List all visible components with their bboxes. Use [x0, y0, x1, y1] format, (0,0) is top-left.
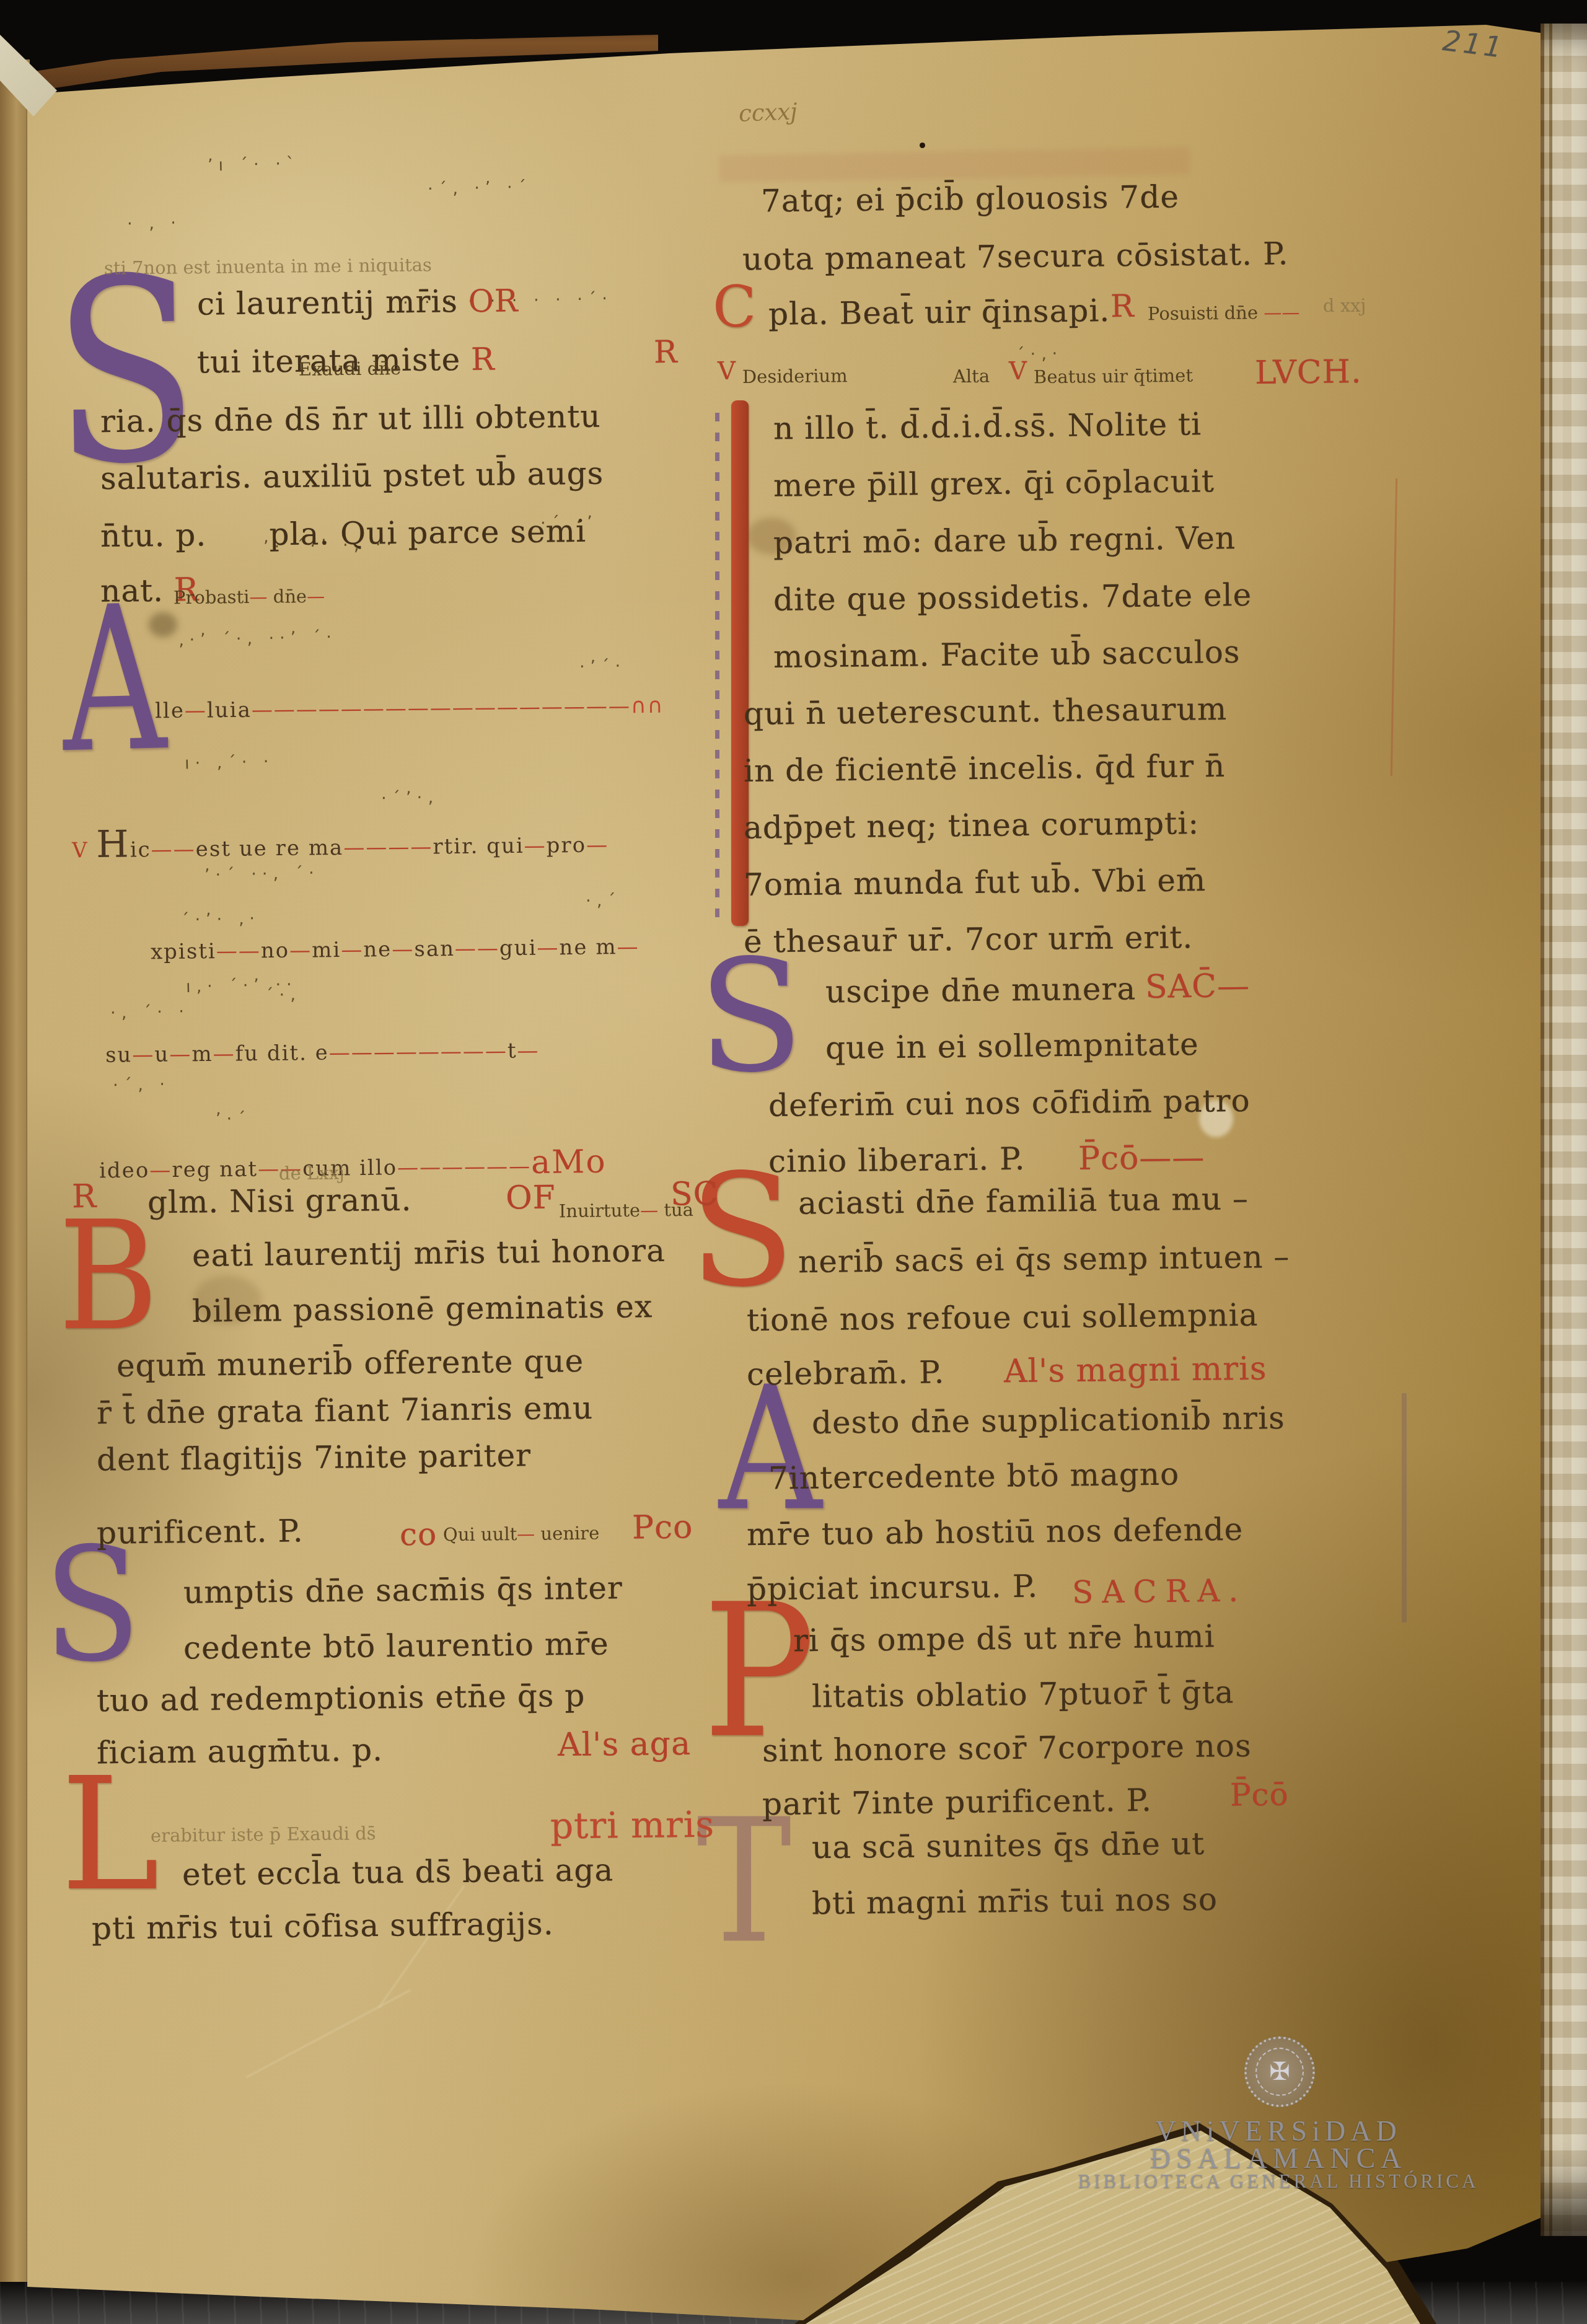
rubric-pco: Pco — [632, 1510, 693, 1545]
rubric-pco: P̄cō—— — [1078, 1141, 1205, 1176]
text-segment: — — [586, 832, 609, 857]
text-segment: sint honore scor̄ 7corpore nos — [762, 1728, 1252, 1769]
text-line: etet eccl̄a tua ds̄ beati aga — [182, 1854, 614, 1891]
text-line: pti mr̄is tui cōfisa suffragijs. — [92, 1908, 554, 1945]
text-segment: — — [185, 698, 207, 723]
text-segment: patri mō: dare ub̄ regni. Ven — [773, 520, 1236, 561]
text-segment: r̄ t̄ dn̄e grata fiant 7ianris emu — [97, 1390, 594, 1431]
text-line: qui n̄ ueterescunt. thesaurum — [744, 693, 1228, 731]
text-segment: SC — [670, 1176, 719, 1213]
text-segment: mosinam. Facite ub̄ sacculos — [773, 634, 1241, 675]
text-segment: xpisti — [151, 939, 216, 964]
text-segment: in de ficientē incelis. q̄d fur n̄ — [744, 748, 1226, 789]
text-line: ficiam augm̄tu. p. — [97, 1734, 384, 1769]
initial-s-purple: S — [52, 273, 200, 473]
text-segment: parit 7inte purificent. P. — [762, 1782, 1153, 1823]
initial-a-purple: A — [62, 602, 167, 760]
text-segment: OR — [468, 283, 519, 319]
text-segment: R — [1110, 288, 1135, 324]
text-line: celebram̄. P. — [747, 1356, 945, 1391]
text-line: tuo ad redemptionis etn̄e q̄s p — [97, 1679, 586, 1717]
text-segment: n illo t̄. d̄.d̄.i.d̄.ss̄. Nolite ti — [773, 406, 1202, 446]
chant-ideo-line: ideo—reg nat——cum illo——————aMo — [99, 1145, 607, 1184]
text-segment: de Lxxj — [279, 1162, 345, 1184]
text-segment: ptri mris — [550, 1803, 715, 1847]
initial-s-purple: S — [43, 1544, 141, 1666]
text-segment: — — [289, 938, 312, 962]
alleluia-line: lle—luia—————————————————∩∩ — [155, 695, 664, 723]
text-segment: P̄cō — [1230, 1777, 1289, 1813]
text-line: tionē nos refoue cui sollempnia — [747, 1299, 1259, 1337]
chant-suum-line: su—u—m—fu dit. e————————t— — [105, 1040, 540, 1067]
rubric-ptri-mris: ptri mris — [550, 1806, 715, 1846]
text-line: in de ficientē incelis. q̄d fur n̄ — [744, 750, 1226, 788]
text-segment: bti magni mr̄is tui nos so — [812, 1882, 1218, 1922]
text-line: parit 7inte purificent. P. — [762, 1784, 1152, 1821]
text-segment: mr̄e tuo ab hostiū nos defende — [747, 1512, 1244, 1552]
text-segment: Alta — [953, 366, 990, 387]
text-segment: —— — [1258, 302, 1300, 324]
text-line: patri mō: dare ub̄ regni. Ven — [773, 522, 1236, 559]
neume-row: ˊ·ʼ· ‚· — [181, 909, 261, 930]
text-segment: Al's magni mris — [1004, 1350, 1267, 1390]
text-line: deferim̄ cui nos cōfidim̄ patro — [768, 1085, 1251, 1122]
text-segment: co — [400, 1516, 437, 1553]
text-segment: desto dn̄e supplicationib̄ nris — [812, 1400, 1285, 1441]
text-line: 7intercedente btō magno — [768, 1458, 1180, 1495]
text-segment: — — [537, 935, 559, 960]
text-segment: Probasti — [174, 586, 250, 608]
text-line: 7omia munda fut ub̄. Vbi em̄ — [744, 864, 1207, 901]
rubric-pco: P̄cō — [1230, 1779, 1289, 1811]
chant-xpisti-line: xpisti——no—mi—ne—san——gui—ne m— — [151, 936, 640, 964]
text-segment: R — [72, 1178, 97, 1215]
text-line: sint honore scor̄ 7corpore nos — [762, 1730, 1252, 1767]
text-line: ria. q̄s dn̄e ds̄ n̄r ut illi obtentu — [100, 400, 601, 438]
text-segment: erabitur iste p̄ Exaudi ds̄ — [151, 1823, 376, 1846]
rubric-sac: SAC̄— — [1145, 969, 1251, 1004]
neume-row: ·ˊʼ·‚ — [381, 788, 439, 808]
text-segment: uscipe dn̄e munera — [825, 971, 1136, 1010]
text-segment: mere p̄ill grex. q̄i cōplacuit — [773, 463, 1215, 503]
text-line: ē thesaur̄ ur̄. 7cor urm̄ erit. — [744, 921, 1194, 958]
text-segment: Exaudi dn̄e — [299, 358, 401, 380]
text-segment: m — [191, 1042, 213, 1067]
text-line: ci laurentij mr̄is OR — [197, 284, 519, 320]
rubric-r: R — [72, 1180, 97, 1214]
incipit-quiuult: Qui uult— uenire — [443, 1524, 600, 1544]
initial-i-red-bar: I — [731, 400, 749, 926]
text-segment: Al's aga — [558, 1725, 692, 1764]
neume-row: ·‚ˊ — [586, 891, 622, 910]
text-segment: mi — [312, 938, 341, 962]
text-segment: qui n̄ ueterescunt. thesaurum — [744, 691, 1228, 732]
text-line: purificent. P. — [97, 1515, 304, 1549]
initial-i-filigree — [715, 409, 719, 917]
text-segment: — — [132, 1042, 154, 1067]
text-segment: lle — [155, 698, 185, 723]
text-segment: Posuisti dn̄e — [1148, 302, 1258, 324]
margin-note-faded: d xxj — [1323, 296, 1366, 315]
text-segment: gui — [499, 936, 537, 961]
text-line: cedente btō laurentio mr̄e — [183, 1627, 609, 1665]
text-segment: celebram̄. P. — [747, 1354, 945, 1392]
text-segment: — — [392, 937, 414, 962]
manuscript-photo: 211 ccxxj S A B S L C I S S A P T ʼı ˊ· … — [0, 0, 1587, 2324]
text-segment: ua scā sunites q̄s dn̄e ut — [812, 1826, 1205, 1866]
text-segment: eati laurentij mr̄is tui honora — [192, 1233, 666, 1274]
text-segment: dite que possidetis. 7date ele — [773, 577, 1252, 618]
text-segment: adp̄pet neq; tinea corumpti: — [744, 805, 1200, 846]
text-segment: — — [640, 1199, 658, 1220]
text-line: litatis oblatio 7ptuor̄ t̄ ḡta — [812, 1676, 1234, 1713]
rubric-als-magni: Al's magni mris — [1004, 1352, 1267, 1389]
text-segment: dent flagitijs 7inite pariter — [97, 1437, 532, 1477]
text-line: adp̄pet neq; tinea corumpti: — [744, 807, 1200, 844]
rubric-r: R — [1110, 290, 1135, 323]
ink-hole — [920, 143, 925, 148]
text-segment: reg nat — [172, 1157, 258, 1182]
text-line: aciasti dn̄e familiā tua mu – — [798, 1182, 1249, 1220]
text-segment: — — [617, 935, 639, 959]
text-line: cinio liberari. P. — [768, 1143, 1026, 1178]
text-segment: — — [169, 1042, 191, 1067]
text-segment: nat. — [100, 573, 175, 609]
text-segment: Beatus uir q̄timet — [1034, 365, 1193, 388]
text-segment: R — [471, 341, 495, 377]
library-seal-icon: ✠ — [1244, 2036, 1315, 2107]
text-line: equm̄ munerib̄ offerente que — [116, 1345, 584, 1382]
incipit-beatus-uir: Beatus uir q̄timet — [1034, 366, 1193, 387]
text-line: n illo t̄. d̄.d̄.i.d̄.ss̄. Nolite ti — [773, 408, 1202, 445]
text-segment: n̄tu. p. pla. Qui parce semi — [100, 513, 587, 554]
text-segment: SACRA. — [1072, 1573, 1247, 1611]
text-segment: su — [105, 1042, 133, 1067]
text-segment: uenire — [535, 1523, 599, 1544]
text-segment: litatis oblatio 7ptuor̄ t̄ ḡta — [812, 1674, 1234, 1714]
initial-a-purple: A — [719, 1383, 822, 1516]
text-line: pla. Beat̄ uir q̄insapi. — [768, 294, 1110, 330]
text-segment: ic — [130, 837, 151, 862]
interlinear-note: de Lxxj — [279, 1163, 345, 1183]
book-gutter — [0, 59, 30, 2303]
text-segment: — — [213, 1041, 235, 1066]
text-line: uscipe dn̄e munera — [825, 972, 1136, 1008]
text-segment: tuo ad redemptionis etn̄e q̄s p — [97, 1678, 586, 1719]
text-line: glm. Nisi granū. — [147, 1184, 412, 1219]
incipit-alta: Alta — [953, 367, 990, 386]
text-segment: deferim̄ cui nos cōfidim̄ patro — [768, 1083, 1251, 1124]
text-segment: bilem passionē geminatis ex — [192, 1288, 653, 1329]
neume-row: ·ʼˊ· — [579, 656, 626, 677]
neume-row: ˊ·‚ — [265, 985, 301, 1005]
text-segment: cedente btō laurentio mr̄e — [183, 1626, 609, 1666]
text-line: umptis dn̄e sacm̄is q̄s inter — [183, 1572, 623, 1609]
rubric-luch: LVCH. — [1255, 355, 1362, 390]
text-line: dite que possidetis. 7date ele — [773, 579, 1252, 617]
text-segment: 7intercedente btō magno — [768, 1456, 1180, 1497]
text-segment: ———— — [343, 834, 433, 860]
text-line: mere p̄ill grex. q̄i cōplacuit — [773, 465, 1215, 502]
neume-row: ʼ·ˊ — [216, 1109, 252, 1129]
text-segment: nerib̄ sacs̄ ei q̄s semp intuen – — [798, 1239, 1290, 1280]
text-line: dent flagitijs 7inite pariter — [97, 1439, 532, 1476]
folio-number-roman: ccxxj — [738, 98, 798, 126]
initial-b-red: B — [58, 1218, 159, 1336]
rubric-of: OF — [506, 1181, 556, 1215]
verse-hic-line: V Hic——est ue re ma————rtir. qui—pro— — [72, 820, 609, 865]
text-segment: ———————— — [329, 1039, 508, 1065]
text-line: 7atq; ei p̄cib̄ glouosis 7de — [761, 180, 1179, 218]
text-line: eati laurentij mr̄is tui honora — [192, 1235, 666, 1272]
library-seal-inner: ✠ — [1255, 2048, 1304, 2096]
text-segment: — — [524, 834, 547, 858]
text-line: mosinam. Facite ub̄ sacculos — [773, 636, 1241, 673]
text-segment: equm̄ munerib̄ offerente que — [116, 1343, 584, 1384]
text-segment: 7atq; ei p̄cib̄ glouosis 7de — [761, 178, 1179, 219]
text-segment: —————— — [397, 1154, 531, 1180]
initial-s-purple: S — [698, 956, 804, 1076]
text-line: salutaris. auxiliū pstet ub̄ augs — [100, 457, 604, 495]
text-line: n̄tu. p. pla. Qui parce semi — [100, 515, 587, 553]
neume-row: ı· ‚ˊ· · — [185, 752, 275, 773]
text-segment: Inuirtute — [559, 1200, 640, 1221]
text-segment: R — [654, 334, 678, 370]
text-segment: — — [249, 586, 267, 607]
incipit-probasti: Probasti— dn̄e— — [174, 587, 325, 607]
text-line: p̄piciat incursu. P. — [747, 1570, 1039, 1606]
rubric-v: V — [718, 358, 736, 384]
neume-row: ‚·ʼ ˊ·‚ ··ʼ ˊ· — [178, 627, 338, 649]
text-segment: — — [149, 1158, 172, 1182]
text-segment: dn̄e — [267, 586, 307, 607]
text-segment: ne m — [559, 935, 617, 960]
rubric-v: V — [1009, 358, 1027, 384]
text-segment: —— — [216, 938, 261, 964]
text-segment: ∩∩ — [631, 693, 664, 719]
incipit-posuisti: Posuisti dn̄e —— — [1148, 303, 1300, 324]
text-line: mr̄e tuo ab hostiū nos defende — [747, 1513, 1244, 1551]
rubric-als-aga: Al's aga — [558, 1727, 692, 1763]
text-segment: V — [1009, 357, 1027, 385]
text-segment: Qui uult — [443, 1523, 517, 1545]
text-segment: SAC̄— — [1145, 967, 1251, 1006]
text-segment: ri q̄s ompe ds̄ ut nr̄e humi — [793, 1618, 1215, 1658]
text-segment: — — [341, 938, 363, 962]
text-segment: p̄piciat incursu. P. — [747, 1569, 1039, 1608]
text-segment: no — [261, 938, 290, 963]
text-segment: salutaris. auxiliū pstet ub̄ augs — [100, 456, 604, 497]
rubric-r: R — [654, 336, 678, 369]
text-segment: — — [517, 1038, 539, 1063]
watermark-line-3: BIBLIOTECA GENERAL HISTÓRICA — [1078, 2170, 1479, 2193]
text-segment: etet eccl̄a tua ds̄ beati aga — [182, 1852, 614, 1892]
text-segment: ci laurentij mr̄is — [197, 283, 469, 322]
text-segment: OF — [506, 1179, 556, 1217]
text-segment: pro — [547, 833, 587, 858]
margin-ruling-purple — [1402, 1393, 1407, 1622]
text-line: uota pmaneat 7secura cōsistat. P. — [742, 237, 1289, 276]
initial-c-red: C — [713, 285, 756, 330]
text-segment: est ue re ma — [196, 835, 344, 861]
text-segment: t — [508, 1039, 517, 1063]
text-segment: luia — [207, 698, 252, 723]
text-segment: glm. Nisi granū. — [147, 1182, 412, 1220]
text-segment: ideo — [99, 1158, 150, 1183]
text-segment: ————————————————— — [252, 693, 631, 722]
text-segment: purificent. P. — [97, 1513, 304, 1551]
incipit-desiderium: Desiderium — [742, 366, 848, 386]
incipit-erabitur: erabitur iste p̄ Exaudi ds̄ — [151, 1824, 376, 1845]
text-segment: fu dit. e — [235, 1041, 329, 1067]
neume-row: ·ˊ‚ ·ʼ ·ˊ — [428, 177, 532, 199]
text-segment: d xxj — [1323, 295, 1366, 317]
rubric-co: co — [400, 1518, 437, 1551]
text-line: ri q̄s ompe ds̄ ut nr̄e humi — [793, 1620, 1215, 1657]
incipit-exaudi: Exaudi dn̄e — [299, 359, 401, 379]
text-segment: tionē nos refoue cui sollempnia — [747, 1297, 1259, 1339]
rubric-sacra: SACRA. — [1072, 1575, 1247, 1609]
interlinear-psalm-line: sti 7non est inuenta in me i niquitas — [104, 255, 432, 278]
text-segment: Desiderium — [742, 365, 848, 387]
text-line: r̄ t̄ dn̄e grata fiant 7ianris emu — [97, 1392, 593, 1430]
text-segment: que in ei sollempnitate — [825, 1026, 1199, 1066]
text-segment: V — [718, 357, 736, 385]
initial-p-red: P — [703, 1600, 815, 1744]
neume-row: ·ˊ‚ · — [113, 1075, 170, 1095]
text-segment: — — [517, 1523, 535, 1544]
text-segment: ē thesaur̄ ur̄. 7cor urm̄ erit. — [744, 919, 1194, 960]
text-segment: Pco — [632, 1508, 693, 1546]
neume-row: · ‚ · — [127, 213, 182, 234]
text-line: bilem passionē geminatis ex — [192, 1290, 653, 1327]
text-segment: san — [414, 936, 455, 962]
text-segment: P̄cō—— — [1078, 1139, 1205, 1177]
text-line: desto dn̄e supplicationib̄ nris — [812, 1402, 1285, 1439]
neume-row: ·‚ ˊ· · — [110, 1002, 190, 1023]
neume-row: ʼ·ˊ ··‚ ˊ· — [204, 863, 320, 885]
text-segment: pti mr̄is tui cōfisa suffragijs. — [92, 1906, 554, 1947]
text-line: que in ei sollempnitate — [825, 1028, 1199, 1065]
text-segment: —— — [455, 936, 499, 961]
neume-row: ʼı ˊ· ·ˋ — [208, 154, 301, 175]
text-line: nerib̄ sacs̄ ei q̄s semp intuen – — [798, 1241, 1290, 1279]
text-segment: u — [154, 1042, 169, 1067]
text-segment: 7omia munda fut ub̄. Vbi em̄ — [744, 862, 1207, 903]
text-segment: uota pmaneat 7secura cōsistat. P. — [742, 235, 1289, 277]
text-segment: ria. q̄s dn̄e ds̄ n̄r ut illi obtentu — [100, 398, 601, 439]
text-segment: cinio liberari. P. — [768, 1141, 1026, 1179]
text-segment: LVCH. — [1255, 353, 1362, 392]
text-segment: H — [96, 823, 130, 867]
text-segment: ne — [363, 937, 392, 962]
text-line: bti magni mr̄is tui nos so — [812, 1883, 1218, 1920]
text-segment: aMo — [531, 1143, 607, 1181]
initial-l-red: L — [61, 1774, 159, 1896]
text-segment: ficiam augm̄tu. p. — [97, 1732, 384, 1771]
book-page-edges — [1541, 24, 1587, 2236]
text-segment: V — [72, 838, 97, 863]
text-segment: sti 7non est inuenta in me i niquitas — [104, 254, 432, 279]
text-line: ua scā sunites q̄s dn̄e ut — [812, 1828, 1205, 1864]
text-segment: umptis dn̄e sacm̄is q̄s inter — [183, 1570, 623, 1610]
seal-cross-glyph: ✠ — [1269, 2058, 1290, 2086]
text-segment: rtir. qui — [433, 834, 524, 860]
rubric-sc: SC — [670, 1177, 719, 1212]
text-segment: aciasti dn̄e familiā tua mu – — [798, 1181, 1249, 1221]
text-segment: —— — [151, 837, 196, 862]
text-segment: pla. Beat̄ uir q̄insapi. — [768, 293, 1110, 332]
text-segment: — — [307, 586, 325, 607]
